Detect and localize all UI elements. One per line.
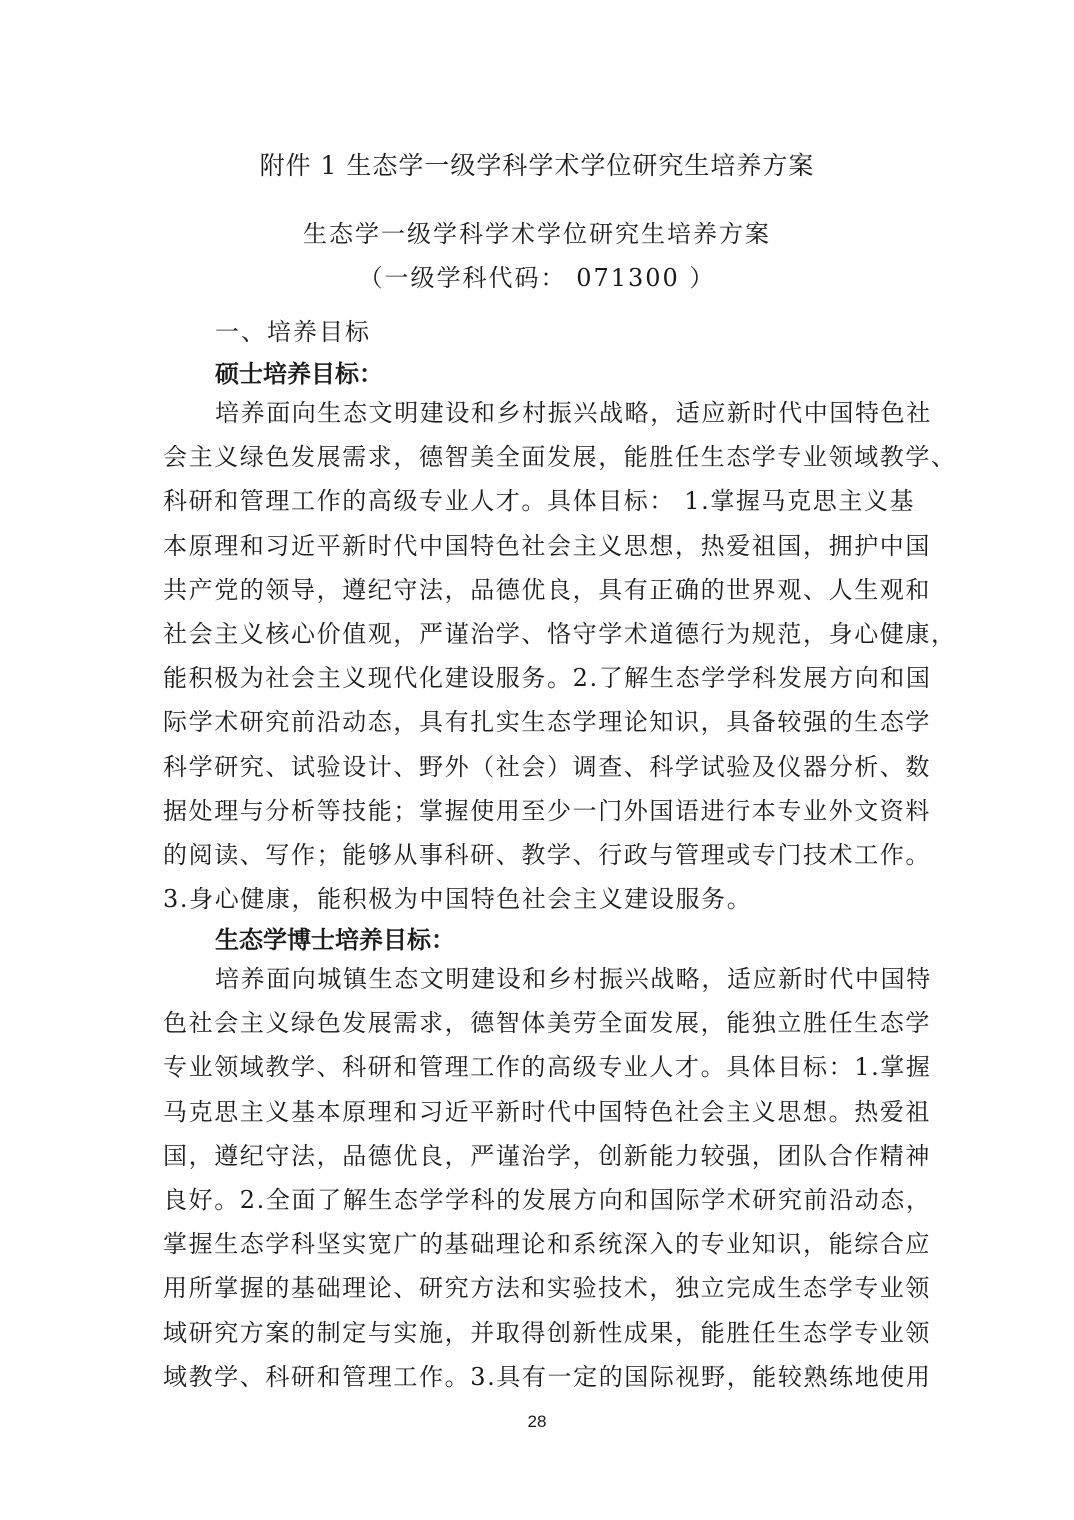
- masters-heading: 硕士培养目标：: [215, 354, 383, 389]
- doctoral-heading: 生态学博士培养目标：: [215, 920, 455, 955]
- doctoral-paragraph: 培养面向城镇生态文明建设和乡村振兴战略，适应新时代中国特 色社会主义绿色发展需求…: [163, 957, 911, 1399]
- paragraph-line: 会主义绿色发展需求，德智美全面发展，能胜任生态学专业领域教学、: [163, 435, 911, 479]
- paragraph-line: 掌握生态学科坚实宽广的基础理论和系统深入的专业知识，能综合应: [163, 1222, 911, 1266]
- paragraph-line: 共产党的领导，遵纪守法，品德优良，具有正确的世界观、人生观和: [163, 568, 911, 612]
- paragraph-line: 良好。2.全面了解生态学学科的发展方向和国际学术研究前沿动态，: [163, 1178, 911, 1222]
- paragraph-line: 本原理和习近平新时代中国特色社会主义思想，热爱祖国，拥护中国: [163, 524, 911, 568]
- paragraph-line: 据处理与分析等技能；掌握使用至少一门外国语进行本专业外文资料: [163, 789, 911, 833]
- document-title: 生态学一级学科学术学位研究生培养方案: [0, 214, 1074, 249]
- document-page: 附件 1 生态学一级学科学术学位研究生培养方案 生态学一级学科学术学位研究生培养…: [0, 0, 1074, 1520]
- paragraph-line: 域教学、科研和管理工作。3.具有一定的国际视野，能较熟练地使用: [163, 1355, 911, 1399]
- section-heading: 一、培养目标: [215, 312, 371, 347]
- masters-paragraph: 培养面向生态文明建设和乡村振兴战略，适应新时代中国特色社 会主义绿色发展需求，德…: [163, 391, 911, 921]
- paragraph-line: 培养面向城镇生态文明建设和乡村振兴战略，适应新时代中国特: [163, 957, 911, 1001]
- paragraph-line: 色社会主义绿色发展需求，德智体美劳全面发展，能独立胜任生态学: [163, 1001, 911, 1045]
- paragraph-line: 专业领域教学、科研和管理工作的高级专业人才。具体目标：1.掌握: [163, 1045, 911, 1089]
- annex-title: 附件 1 生态学一级学科学术学位研究生培养方案: [0, 146, 1074, 182]
- paragraph-line: 际学术研究前沿动态，具有扎实生态学理论知识，具备较强的生态学: [163, 700, 911, 744]
- subject-code: （一级学科代码： 071300 ）: [0, 258, 1074, 293]
- page-number: 28: [0, 1412, 1074, 1432]
- paragraph-line: 域研究方案的制定与实施，并取得创新性成果，能胜任生态学专业领: [163, 1311, 911, 1355]
- paragraph-line: 3.身心健康，能积极为中国特色社会主义建设服务。: [163, 877, 911, 921]
- paragraph-line: 能积极为社会主义现代化建设服务。2.了解生态学学科发展方向和国: [163, 656, 911, 700]
- paragraph-line: 马克思主义基本原理和习近平新时代中国特色社会主义思想。热爱祖: [163, 1090, 911, 1134]
- paragraph-line: 科研和管理工作的高级专业人才。具体目标： 1.掌握马克思主义基: [163, 479, 911, 523]
- paragraph-line: 科学研究、试验设计、野外（社会）调查、科学试验及仪器分析、数: [163, 745, 911, 789]
- paragraph-line: 培养面向生态文明建设和乡村振兴战略，适应新时代中国特色社: [163, 391, 911, 435]
- paragraph-line: 国，遵纪守法，品德优良，严谨治学，创新能力较强，团队合作精神: [163, 1134, 911, 1178]
- paragraph-line: 的阅读、写作；能够从事科研、教学、行政与管理或专门技术工作。: [163, 833, 911, 877]
- paragraph-line: 用所掌握的基础理论、研究方法和实验技术，独立完成生态学专业领: [163, 1266, 911, 1310]
- paragraph-line: 社会主义核心价值观，严谨治学、恪守学术道德行为规范，身心健康，: [163, 612, 911, 656]
